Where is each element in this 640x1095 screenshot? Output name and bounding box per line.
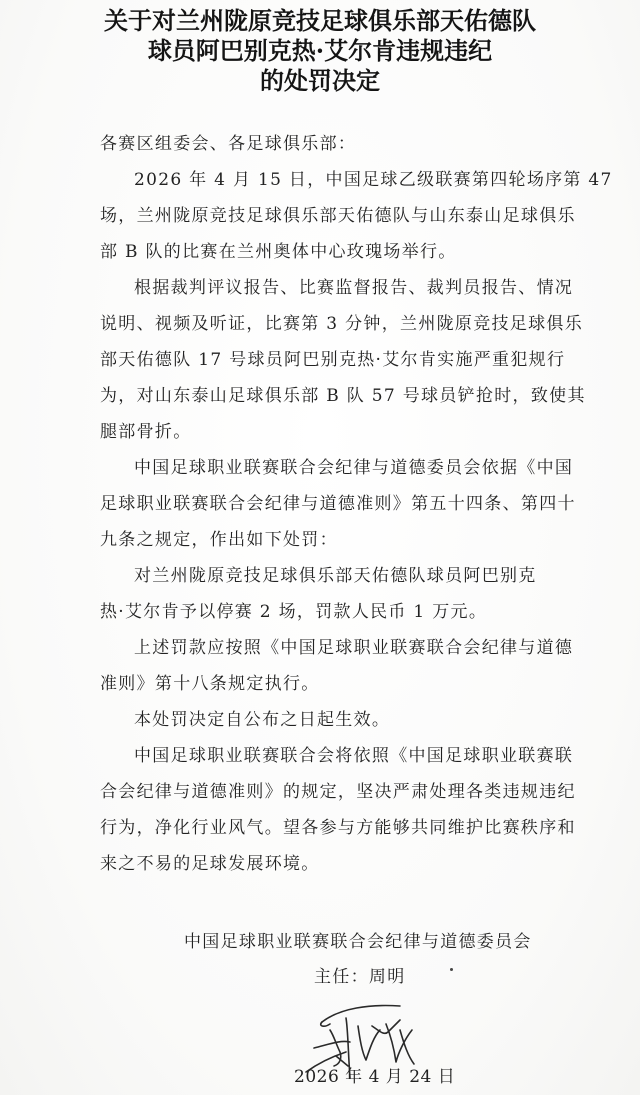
- body-line: 根据裁判评议报告、比赛监督报告、裁判员报告、情况: [100, 270, 544, 306]
- decision-date: 2026 年 4 月 24 日: [294, 1062, 455, 1087]
- body-line: 说明、视频及听证，比赛第 3 分钟，兰州陇原竞技足球俱乐: [100, 306, 544, 342]
- body-line: 为，对山东泰山足球俱乐部 B 队 57 号球员铲抢时，致使其: [100, 378, 544, 414]
- addressee-line: 各赛区组委会、各足球俱乐部：: [100, 126, 544, 162]
- title-line-3: 的处罚决定: [0, 66, 640, 96]
- director-name: 主任：周明: [314, 962, 406, 987]
- penalty-line: 对兰州陇原竞技足球俱乐部天佑德队球员阿巴别克: [100, 558, 544, 594]
- body-line: 腿部骨折。: [100, 414, 544, 450]
- body-line: 中国足球职业联赛联合会纪律与道德委员会依据《中国: [100, 450, 544, 486]
- body-line: 合会纪律与道德准则》的规定，坚决严肃处理各类违规违纪: [100, 774, 544, 810]
- body-line: 准则》第十八条规定执行。: [100, 666, 544, 702]
- body-line: 足球职业联赛联合会纪律与道德准则》第五十四条、第四十: [100, 486, 544, 522]
- body-line: 上述罚款应按照《中国足球职业联赛联合会纪律与道德: [100, 630, 544, 666]
- body-line: 部天佑德队 17 号球员阿巴别克热·艾尔肯实施严重犯规行: [100, 342, 544, 378]
- penalty-line: 热·艾尔肯予以停赛 2 场，罚款人民币 1 万元。: [100, 594, 544, 630]
- body-line: 本处罚决定自公布之日起生效。: [100, 702, 544, 738]
- document-body: 各赛区组委会、各足球俱乐部： 2026 年 4 月 15 日，中国足球乙级联赛第…: [100, 126, 544, 882]
- body-line: 中国足球职业联赛联合会将依照《中国足球职业联赛联: [100, 738, 544, 774]
- document-page: 关于对兰州陇原竞技足球俱乐部天佑德队 球员阿巴别克热·艾尔肯违规违纪 的处罚决定…: [0, 0, 640, 1095]
- body-line: 场，兰州陇原竞技足球俱乐部天佑德队与山东泰山足球俱乐: [100, 198, 544, 234]
- title-line-1: 关于对兰州陇原竞技足球俱乐部天佑德队: [0, 6, 640, 36]
- body-line: 行为，净化行业风气。望各参与方能够共同维护比赛秩序和: [100, 810, 544, 846]
- issuing-organization: 中国足球职业联赛联合会纪律与道德委员会: [184, 927, 532, 952]
- body-line: 九条之规定，作出如下处罚：: [100, 522, 544, 558]
- body-line: 部 B 队的比赛在兰州奥体中心玫瑰场举行。: [100, 234, 544, 270]
- body-line: 2026 年 4 月 15 日，中国足球乙级联赛第四轮场序第 47: [100, 162, 544, 198]
- document-title: 关于对兰州陇原竞技足球俱乐部天佑德队 球员阿巴别克热·艾尔肯违规违纪 的处罚决定: [0, 6, 640, 96]
- title-line-2: 球员阿巴别克热·艾尔肯违规违纪: [0, 36, 640, 66]
- stray-dot: [450, 968, 453, 971]
- body-line: 来之不易的足球发展环境。: [100, 846, 544, 882]
